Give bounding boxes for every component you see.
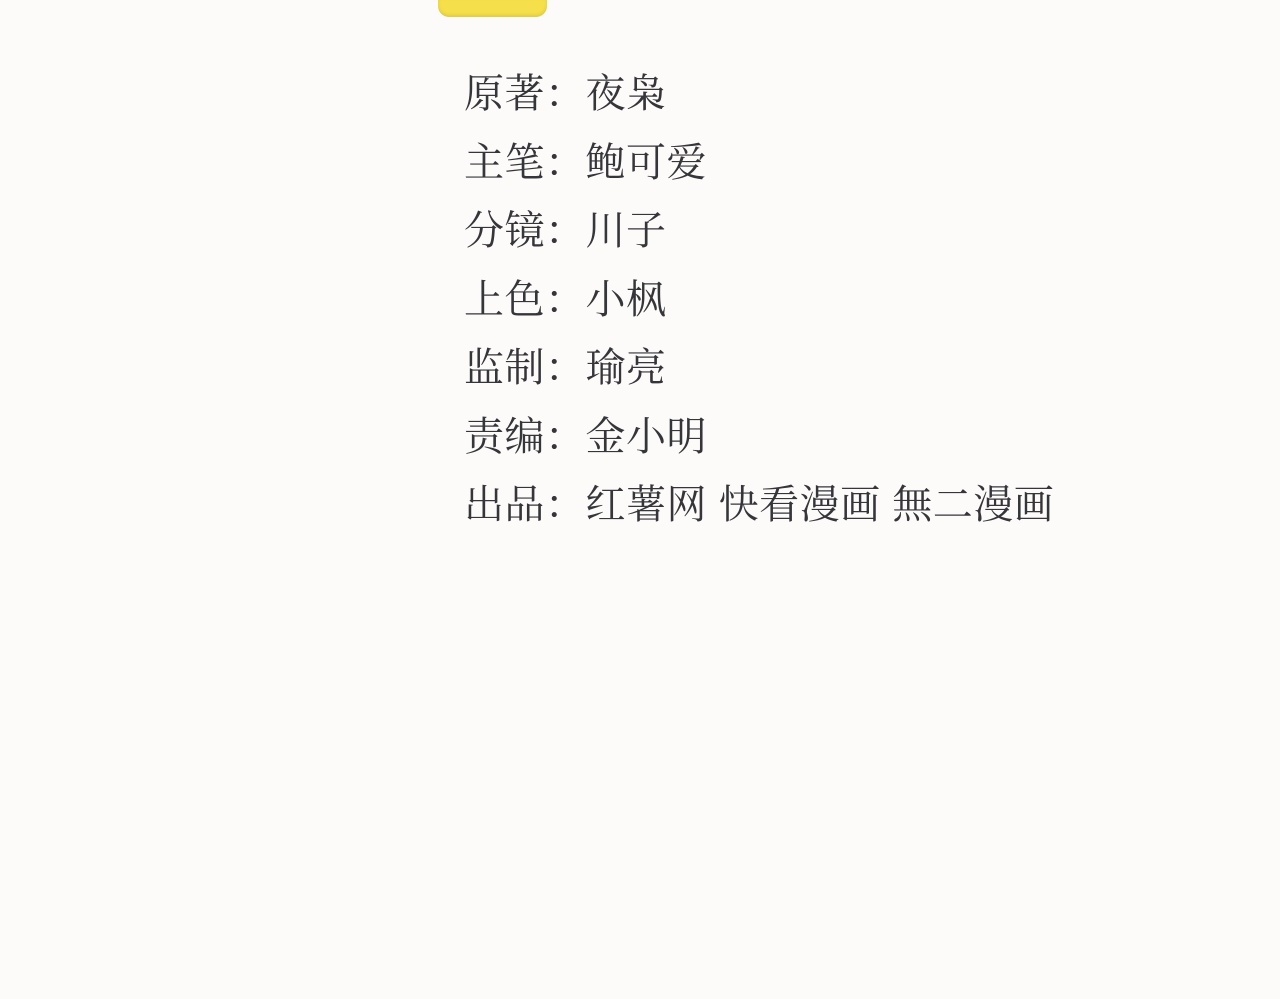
credit-value: 红薯网 快看漫画 無二漫画 (586, 485, 1055, 525)
credit-label: 上色： (464, 280, 586, 320)
credit-label: 监制： (464, 348, 586, 388)
yellow-bookmark-tab (438, 0, 547, 17)
credits-list: 原著： 夜枭 主笔： 鲍可爱 分镜： 川子 上色： 小枫 监制： 瑜亮 责编： … (464, 60, 1054, 540)
credit-value: 夜枭 (586, 74, 667, 114)
credit-row: 主笔： 鲍可爱 (464, 129, 1054, 198)
credit-value: 金小明 (586, 417, 708, 457)
credit-label: 主笔： (464, 143, 586, 183)
credit-row: 原著： 夜枭 (464, 60, 1054, 129)
credit-label: 分镜： (464, 211, 586, 251)
credit-value: 鲍可爱 (586, 143, 708, 183)
comic-credits-page: 原著： 夜枭 主笔： 鲍可爱 分镜： 川子 上色： 小枫 监制： 瑜亮 责编： … (0, 0, 1280, 999)
credit-value: 小枫 (586, 280, 667, 320)
credit-row: 上色： 小枫 (464, 266, 1054, 335)
credit-label: 原著： (464, 74, 586, 114)
credit-row: 监制： 瑜亮 (464, 334, 1054, 403)
credit-value: 川子 (586, 211, 667, 251)
credit-row: 出品： 红薯网 快看漫画 無二漫画 (464, 471, 1054, 540)
credit-label: 责编： (464, 417, 586, 457)
credit-row: 分镜： 川子 (464, 197, 1054, 266)
credit-label: 出品： (464, 485, 586, 525)
credit-row: 责编： 金小明 (464, 403, 1054, 472)
credit-value: 瑜亮 (586, 348, 667, 388)
